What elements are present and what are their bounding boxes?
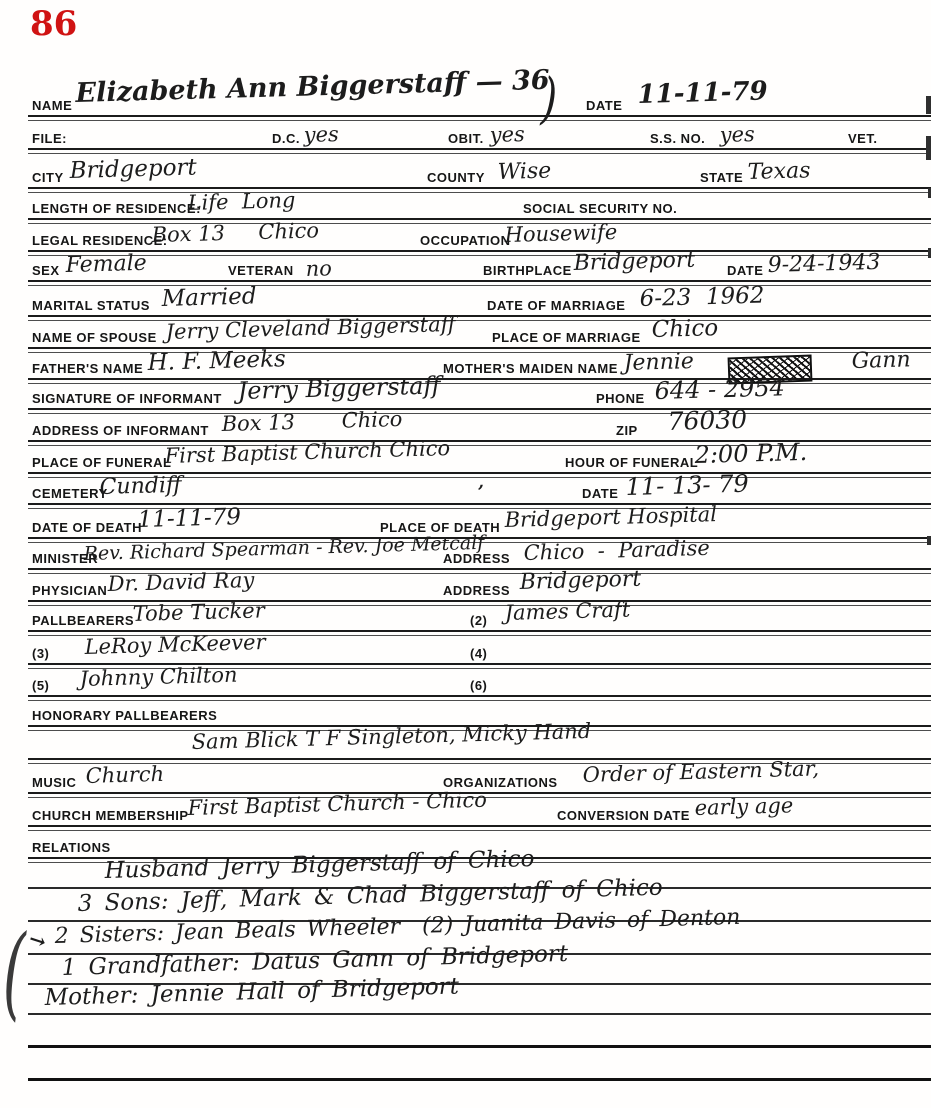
dc-value: yes — [303, 122, 339, 147]
physician-address-value: Bridgeport — [519, 567, 641, 595]
obit-value: yes — [489, 122, 525, 147]
hour-of-funeral-label: HOUR OF FUNERAL — [565, 455, 698, 470]
length-of-residence-label: LENGTH OF RESIDENCE: — [32, 201, 201, 216]
file-label: FILE: — [32, 131, 67, 146]
pallbearer-2-label: (2) — [470, 613, 487, 628]
ss-no-value: yes — [719, 122, 755, 147]
name-label: NAME — [32, 98, 72, 113]
zip-label: ZIP — [616, 423, 638, 438]
legal-residence-value: Box 13 Chico — [151, 218, 319, 247]
birthplace-value: Bridgeport — [573, 248, 695, 276]
birth-date-label: DATE — [727, 263, 763, 278]
date-of-death-label: DATE OF DEATH — [32, 520, 142, 535]
date-of-death-value: 11-11-79 — [137, 504, 241, 533]
physician-label: PHYSICIAN — [32, 583, 107, 598]
physician-address-label: ADDRESS — [443, 583, 510, 598]
margin-arrow-mark: → — [26, 926, 49, 954]
legal-residence-label: LEGAL RESIDENCE: — [32, 233, 168, 248]
marital-status-value: Married — [161, 283, 257, 312]
music-label: MUSIC — [32, 775, 76, 790]
date-of-marriage-label: DATE OF MARRIAGE — [487, 298, 625, 313]
pallbearer-4-label: (4) — [470, 646, 487, 661]
birth-date-value: 9-24-1943 — [767, 250, 881, 278]
pallbearer-3-value: LeRoy McKeever — [84, 630, 266, 659]
phone-value: 644 - 2954 — [654, 373, 785, 405]
veteran-value: no — [305, 256, 332, 281]
name-of-spouse-label: NAME OF SPOUSE — [32, 330, 157, 345]
dc-label: D.C. — [272, 131, 300, 146]
ss-no-label: S.S. NO. — [650, 131, 705, 146]
county-label: COUNTY — [427, 170, 485, 185]
funeral-date-value: 11- 13- 79 — [625, 470, 749, 501]
length-of-residence-value: Life Long — [187, 188, 295, 215]
pallbearer-1-value: Tobe Tucker — [132, 598, 265, 626]
phone-label: PHONE — [596, 391, 645, 406]
pen-flourish-mark: ) — [540, 66, 558, 132]
pallbearer-3-label: (3) — [32, 646, 49, 661]
place-of-marriage-value: Chico — [651, 315, 718, 343]
hour-of-funeral-value: 2:00 P.M. — [694, 438, 807, 469]
address-of-informant-label: ADDRESS OF INFORMANT — [32, 423, 209, 438]
name-value: Elizabeth Ann Biggerstaff — 36 — [75, 65, 550, 109]
place-of-funeral-label: PLACE OF FUNERAL — [32, 455, 171, 470]
sex-label: SEX — [32, 263, 60, 278]
scan-artifact — [926, 136, 931, 160]
cemetery-label: CEMETERY — [32, 486, 108, 501]
fathers-name-label: FATHER'S NAME — [32, 361, 143, 376]
minister-address-label: ADDRESS — [443, 551, 510, 566]
mothers-maiden-name-first-value: Jennie — [623, 349, 694, 376]
cemetery-value: Cundiff — [99, 473, 182, 500]
county-value: Wise — [497, 159, 551, 185]
physician-value: Dr. David Ray — [107, 568, 254, 596]
relations-line-1: Husband Jerry Biggerstaff of Chico — [104, 846, 534, 884]
music-value: Church — [85, 762, 164, 788]
date-of-marriage-value: 6-23 1962 — [639, 283, 765, 312]
occupation-label: OCCUPATION — [420, 233, 510, 248]
scan-artifact — [927, 536, 931, 545]
pallbearer-2-value: James Craft — [504, 598, 630, 625]
minister-address-value: Chico - Paradise — [523, 536, 710, 565]
church-membership-label: CHURCH MEMBERSHIP — [32, 808, 189, 823]
pen-tick-mark: ’ — [477, 482, 484, 503]
mothers-maiden-name-last-value: Gann — [851, 347, 911, 374]
funeral-date-label: DATE — [582, 486, 618, 501]
honorary-pallbearers-label: HONORARY PALLBEARERS — [32, 708, 217, 723]
date-top-value: 11-11-79 — [637, 76, 768, 110]
conversion-date-value: early age — [694, 793, 793, 820]
zip-value: 76030 — [667, 405, 747, 436]
vet-label: VET. — [848, 131, 877, 146]
mothers-maiden-name-label: MOTHER'S MAIDEN NAME — [443, 361, 618, 376]
pallbearer-5-value: Johnny Chilton — [79, 663, 237, 691]
fathers-name-value: H. F. Meeks — [147, 346, 286, 376]
city-value: Bridgeport — [69, 154, 197, 184]
margin-paren-mark: ( — [2, 912, 26, 1032]
veteran-label: VETERAN — [228, 263, 294, 278]
place-of-death-value: Bridgeport Hospital — [504, 502, 717, 532]
signature-of-informant-label: SIGNATURE OF INFORMANT — [32, 391, 222, 406]
birthplace-label: BIRTHPLACE — [483, 263, 572, 278]
conversion-date-label: CONVERSION DATE — [557, 808, 690, 823]
date-top-label: DATE — [586, 98, 622, 113]
address-of-informant-value: Box 13 Chico — [221, 407, 402, 436]
organizations-value: Order of Eastern Star, — [582, 756, 819, 787]
page-number: 86 — [30, 4, 77, 44]
pallbearers-label: PALLBEARERS — [32, 613, 134, 628]
place-of-marriage-label: PLACE OF MARRIAGE — [492, 330, 641, 345]
scanned-funeral-record-form: 86 NAME Elizabeth Ann Biggerstaff — 36 )… — [0, 0, 931, 1108]
state-label: STATE — [700, 170, 743, 185]
pallbearer-6-label: (6) — [470, 678, 487, 693]
scan-artifact — [926, 96, 931, 114]
occupation-value: Housewife — [504, 220, 617, 247]
state-value: Texas — [747, 158, 810, 185]
marital-status-label: MARITAL STATUS — [32, 298, 150, 313]
sex-value: Female — [65, 251, 147, 278]
obit-label: OBIT. — [448, 131, 484, 146]
relations-label: RELATIONS — [32, 840, 111, 855]
social-security-no-label: SOCIAL SECURITY NO. — [523, 201, 677, 216]
pallbearer-5-label: (5) — [32, 678, 49, 693]
city-label: CITY — [32, 170, 64, 185]
relations-line-4: 1 Grandfather: Datus Gann of Bridgeport — [61, 941, 568, 981]
signature-of-informant-value: Jerry Biggerstaff — [237, 371, 441, 405]
